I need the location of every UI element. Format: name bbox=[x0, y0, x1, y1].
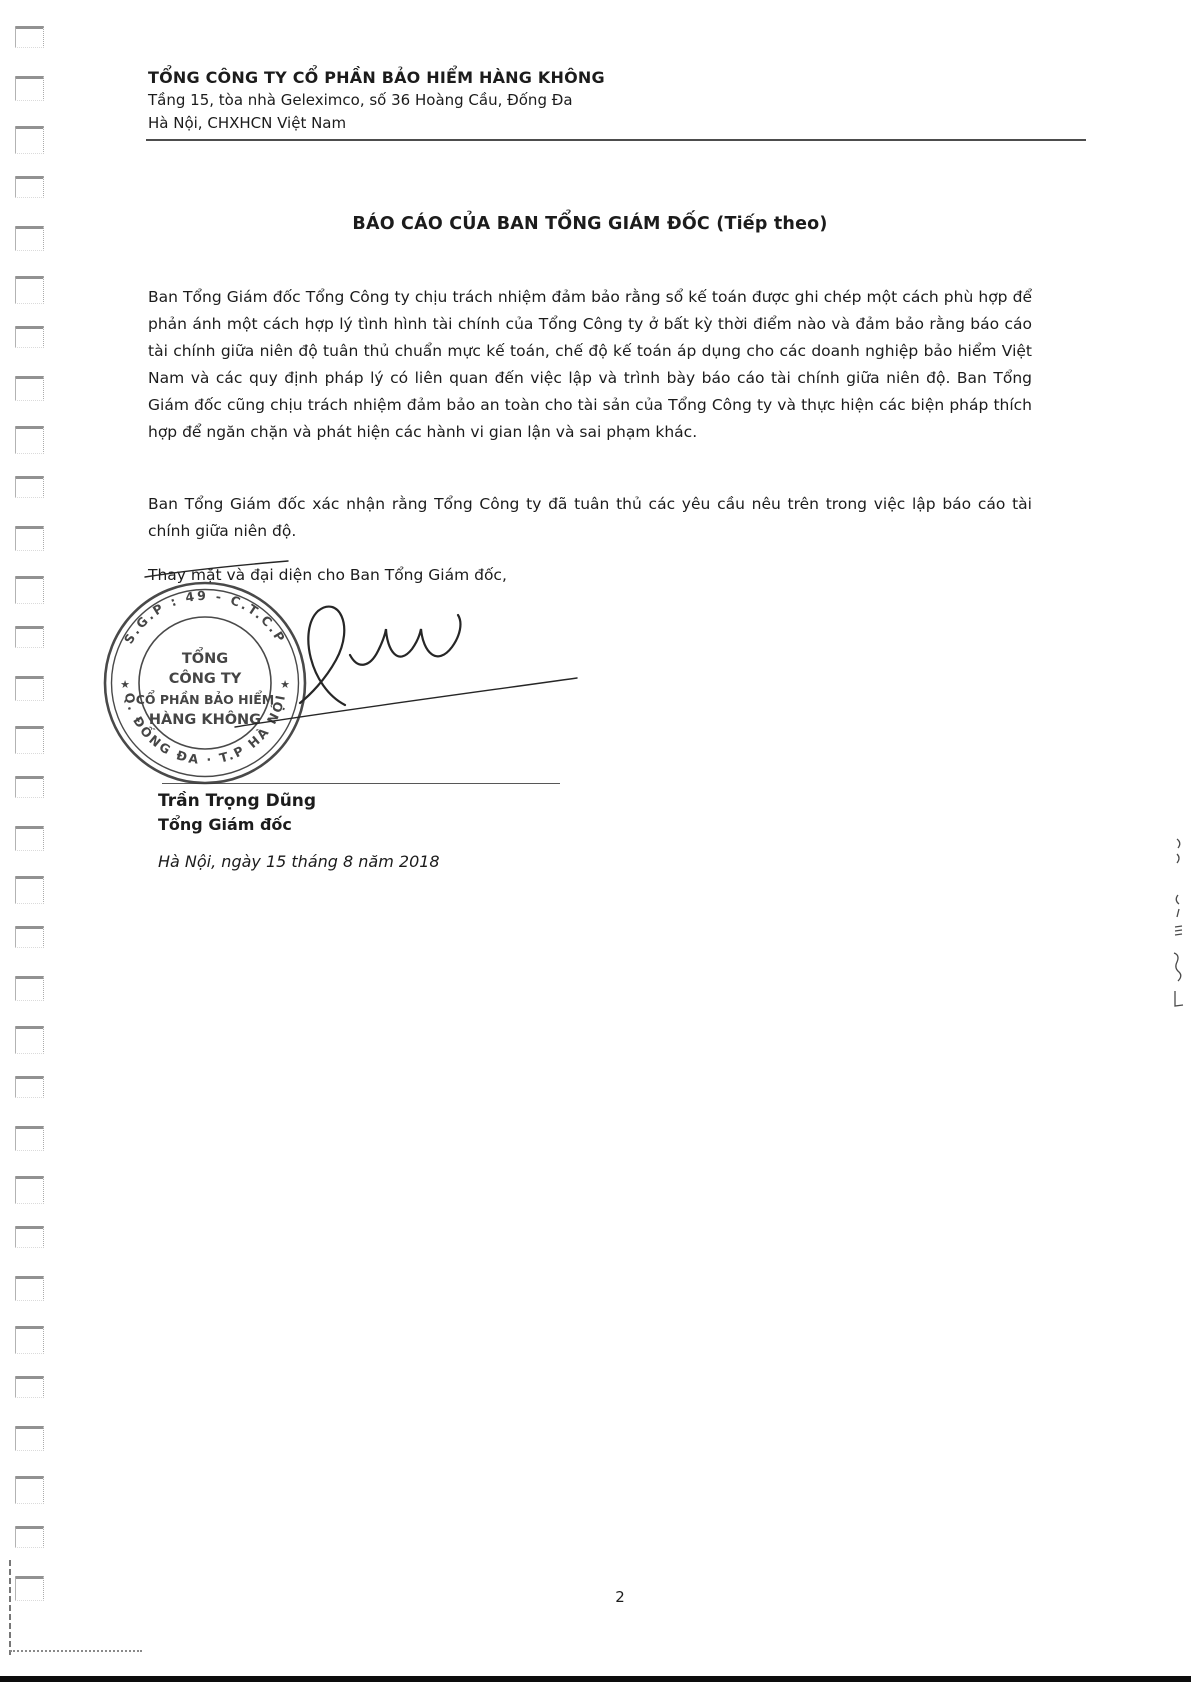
letterhead: TỔNG CÔNG TY CỔ PHẦN BẢO HIỂM HÀNG KHÔNG… bbox=[148, 66, 605, 135]
paragraph-responsibility: Ban Tổng Giám đốc Tổng Công ty chịu trác… bbox=[148, 284, 1032, 446]
binding-marks-strip bbox=[0, 0, 60, 1683]
date-line: Hà Nội, ngày 15 tháng 8 năm 2018 bbox=[158, 852, 440, 871]
binding-hole-mark bbox=[15, 1026, 44, 1054]
binding-hole-mark bbox=[15, 476, 44, 498]
scan-artifact bbox=[1176, 895, 1179, 917]
company-address-line1: Tầng 15, tòa nhà Geleximco, số 36 Hoàng … bbox=[148, 89, 605, 112]
letterhead-rule bbox=[146, 139, 1086, 141]
scan-artifact-corner-hline bbox=[10, 1650, 142, 1652]
scan-edge-bar bbox=[0, 1676, 1191, 1682]
binding-hole-mark bbox=[15, 1076, 44, 1098]
binding-hole-mark bbox=[15, 1426, 44, 1451]
handwritten-signature bbox=[140, 555, 600, 740]
binding-hole-mark bbox=[15, 1276, 44, 1301]
binding-hole-mark bbox=[15, 26, 44, 48]
scan-artifact bbox=[1174, 953, 1181, 981]
stamp-smudge-line bbox=[145, 561, 288, 577]
signer-title: Tổng Giám đốc bbox=[158, 815, 292, 834]
scan-artifact-corner-vline bbox=[9, 1560, 11, 1655]
binding-hole-mark bbox=[15, 826, 44, 851]
binding-hole-mark bbox=[15, 1526, 44, 1548]
binding-hole-mark bbox=[15, 976, 44, 1001]
scan-artifact bbox=[1177, 839, 1180, 863]
signature-rule bbox=[162, 783, 560, 784]
stamp-star-left-icon: ★ bbox=[120, 678, 130, 691]
binding-hole-mark bbox=[15, 1126, 44, 1151]
scan-artifact bbox=[1175, 926, 1182, 935]
binding-hole-mark bbox=[15, 876, 44, 904]
binding-hole-mark bbox=[15, 926, 44, 948]
signature-flourish bbox=[235, 678, 577, 727]
document-title: BÁO CÁO CỦA BAN TỔNG GIÁM ĐỐC (Tiếp theo… bbox=[148, 214, 1032, 234]
page-number: 2 bbox=[560, 1588, 680, 1606]
signer-name: Trần Trọng Dũng bbox=[158, 791, 316, 811]
binding-hole-mark bbox=[15, 276, 44, 304]
binding-hole-mark bbox=[15, 1576, 44, 1601]
company-name: TỔNG CÔNG TY CỔ PHẦN BẢO HIỂM HÀNG KHÔNG bbox=[148, 66, 605, 89]
scanned-document: { "header": { "company": "TỔNG CÔNG TY C… bbox=[0, 0, 1191, 1683]
binding-hole-mark bbox=[15, 1176, 44, 1204]
binding-hole-mark bbox=[15, 576, 44, 604]
signature-loop bbox=[300, 607, 345, 705]
signature-strokes bbox=[350, 615, 460, 665]
binding-hole-mark bbox=[15, 426, 44, 454]
binding-hole-mark bbox=[15, 1476, 44, 1504]
binding-hole-mark bbox=[15, 626, 44, 648]
binding-hole-mark bbox=[15, 726, 44, 754]
binding-hole-mark bbox=[15, 526, 44, 551]
binding-hole-mark bbox=[15, 176, 44, 198]
binding-hole-mark bbox=[15, 1376, 44, 1398]
binding-hole-mark bbox=[15, 126, 44, 154]
binding-hole-mark bbox=[15, 376, 44, 401]
binding-hole-mark bbox=[15, 676, 44, 701]
binding-hole-mark bbox=[15, 776, 44, 798]
binding-hole-mark bbox=[15, 76, 44, 101]
binding-hole-mark bbox=[15, 1226, 44, 1248]
scan-artifacts-right bbox=[1160, 835, 1190, 1015]
binding-hole-mark bbox=[15, 226, 44, 251]
binding-hole-mark bbox=[15, 1326, 44, 1354]
paragraph-confirmation: Ban Tổng Giám đốc xác nhận rằng Tổng Côn… bbox=[148, 491, 1032, 545]
scan-artifact bbox=[1175, 991, 1183, 1006]
company-address-line2: Hà Nội, CHXHCN Việt Nam bbox=[148, 112, 605, 135]
binding-hole-mark bbox=[15, 326, 44, 348]
